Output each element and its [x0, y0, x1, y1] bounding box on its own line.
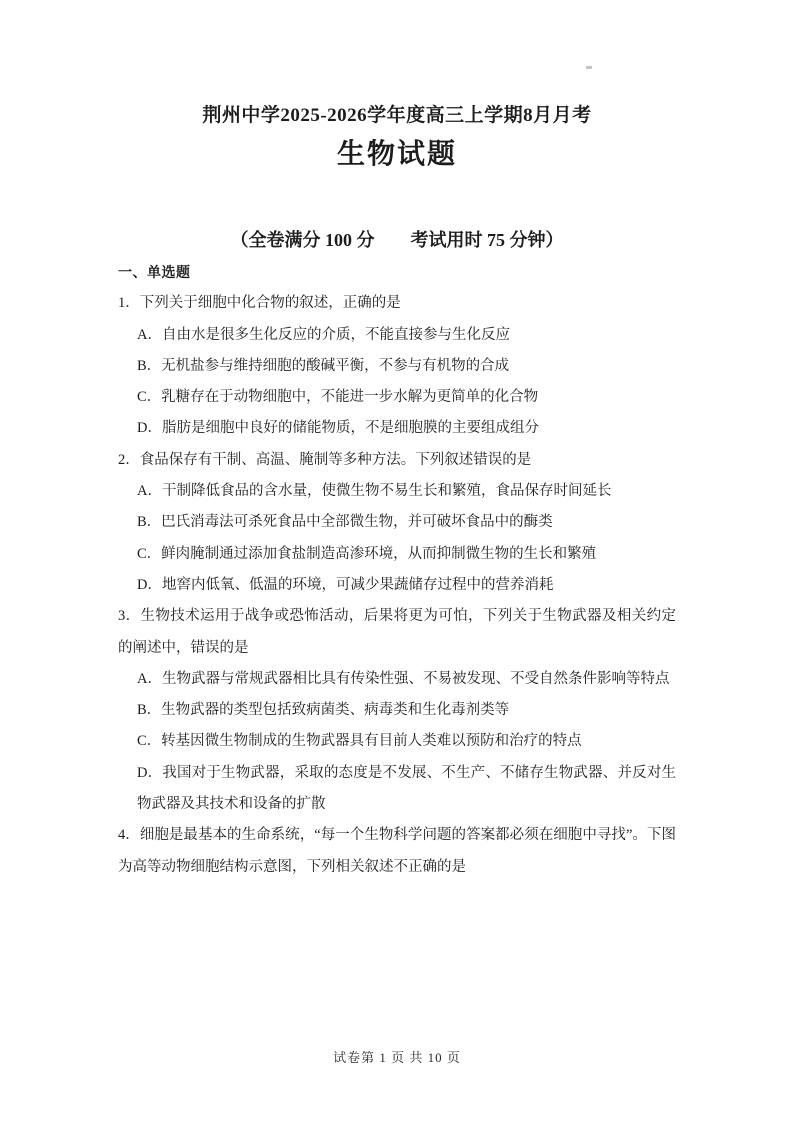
question-1-stem: 1．下列关于细胞中化合物的叙述，正确的是 — [118, 288, 676, 319]
question-3-option-d: D．我国对于生物武器，采取的态度是不发展、不生产、不储存生物武器、并反对生物武器… — [137, 758, 676, 821]
question-2-stem: 2．食品保存有干制、高温、腌制等多种方法。下列叙述错误的是 — [118, 445, 676, 476]
page-footer: 试卷第 1 页 共 10 页 — [0, 1047, 794, 1066]
exam-info-line: （全卷满分 100 分 考试用时 75 分钟） — [0, 227, 794, 253]
question-2-option-a: A．干制降低食品的含水量，使微生物不易生长和繁殖，食品保存时间延长 — [137, 476, 676, 507]
question-3-option-a: A．生物武器与常规武器相比具有传染性强、不易被发现、不受自然条件影响等特点 — [137, 664, 676, 695]
question-3-option-b: B．生物武器的类型包括致病菌类、病毒类和生化毒剂类等 — [137, 695, 676, 726]
question-3-stem: 3．生物技术运用于战争或恐怖活动，后果将更为可怕，下列关于生物武器及相关约定的阐… — [118, 601, 676, 664]
question-2-option-c: C．鲜肉腌制通过添加食盐制造高渗环境，从而抑制微生物的生长和繁殖 — [137, 539, 676, 570]
question-3: 3．生物技术运用于战争或恐怖活动，后果将更为可怕，下列关于生物武器及相关约定的阐… — [118, 601, 676, 820]
question-4: 4．细胞是最基本的生命系统，“每一个生物科学问题的答案都必须在细胞中寻找”。下图… — [118, 820, 676, 883]
question-4-stem: 4．细胞是最基本的生命系统，“每一个生物科学问题的答案都必须在细胞中寻找”。下图… — [118, 820, 676, 883]
question-1-option-c: C．乳糖存在于动物细胞中，不能进一步水解为更简单的化合物 — [137, 382, 676, 413]
exam-body: 一、单选题 1．下列关于细胞中化合物的叙述，正确的是 A．自由水是很多生化反应的… — [118, 257, 676, 883]
question-2-option-b: B．巴氏消毒法可杀死食品中全部微生物，并可破坏食品中的酶类 — [137, 507, 676, 538]
section-heading-single-choice: 一、单选题 — [118, 257, 676, 288]
question-1-option-a: A．自由水是很多生化反应的介质，不能直接参与生化反应 — [137, 320, 676, 351]
question-1-option-b: B．无机盐参与维持细胞的酸碱平衡，不参与有机物的合成 — [137, 351, 676, 382]
scan-artifact-mark — [586, 66, 592, 69]
question-2-option-d: D．地窖内低氧、低温的环境，可减少果蔬储存过程中的营养消耗 — [137, 570, 676, 601]
question-1: 1．下列关于细胞中化合物的叙述，正确的是 A．自由水是很多生化反应的介质，不能直… — [118, 288, 676, 444]
question-2: 2．食品保存有干制、高温、腌制等多种方法。下列叙述错误的是 A．干制降低食品的含… — [118, 445, 676, 601]
exam-subject-title: 生物试题 — [0, 138, 794, 172]
question-1-option-d: D．脂肪是细胞中良好的储能物质，不是细胞膜的主要组成组分 — [137, 413, 676, 444]
exam-header-title: 荆州中学2025-2026学年度高三上学期8月月考 — [0, 104, 794, 128]
exam-page: 荆州中学2025-2026学年度高三上学期8月月考 生物试题 （全卷满分 100… — [0, 0, 794, 1123]
question-3-option-c: C．转基因微生物制成的生物武器具有目前人类难以预防和治疗的特点 — [137, 726, 676, 757]
